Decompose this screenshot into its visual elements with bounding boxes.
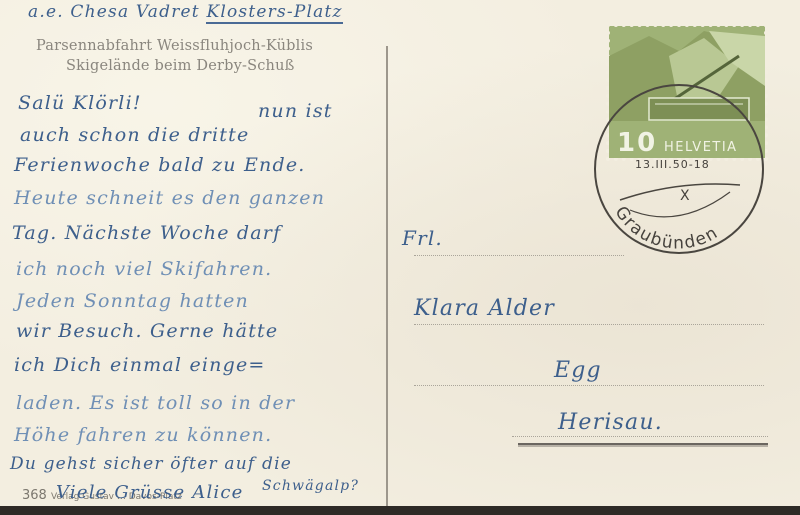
message-line: nun ist: [258, 100, 333, 122]
message-line: Salü Klörli!: [18, 92, 142, 114]
sender-location-note: a.e. Chesa Vadret Klosters-Platz: [28, 2, 343, 22]
message-line: Schwägalp?: [262, 478, 359, 494]
postmark-date: 13.III.50-18: [635, 158, 710, 171]
center-divider: [386, 46, 388, 508]
sender-address-text: a.e. Chesa Vadret: [28, 2, 200, 22]
message-line: Du gehst sicher öfter auf die: [10, 454, 292, 474]
sender-place-text: Klosters-Platz: [206, 2, 342, 24]
postmark-mark: X: [680, 188, 690, 204]
imprint-number: 368: [22, 488, 47, 503]
caption-line-2: Skigelände beim Derby-Schuß: [66, 58, 295, 74]
address-final-rule: [518, 443, 768, 445]
message-line: ich Dich einmal einge=: [14, 354, 266, 376]
recipient-locality: Egg: [554, 358, 602, 383]
message-line: auch schon die dritte: [20, 124, 249, 146]
message-line: Jeden Sonntag hatten: [16, 290, 249, 312]
address-line-4: [512, 436, 768, 437]
signature: Viele Grüsse Alice: [56, 482, 244, 503]
recipient-name: Klara Alder: [414, 296, 555, 321]
message-line: Heute schneit es den ganzen: [14, 187, 325, 209]
message-line: wir Besuch. Gerne hätte: [16, 320, 278, 342]
svg-text:Graubünden: Graubünden: [611, 203, 723, 254]
postcard: a.e. Chesa Vadret Klosters-Platz Parsenn…: [0, 0, 800, 510]
address-salutation: Frl.: [402, 226, 443, 250]
message-line: Tag. Nächste Woche darf: [12, 222, 281, 244]
caption-line-1: Parsennabfahrt Weissfluhjoch-Küblis: [36, 38, 313, 54]
message-line: Höhe fahren zu können.: [14, 424, 272, 446]
scan-edge: [0, 506, 800, 515]
address-line-2: [414, 324, 764, 325]
recipient-town: Herisau.: [558, 410, 663, 435]
address-line-3: [414, 385, 764, 386]
message-line: laden. Es ist toll so in der: [16, 392, 295, 414]
message-line: Ferienwoche bald zu Ende.: [14, 154, 306, 176]
postmark-region: Graubünden: [611, 203, 723, 254]
message-line: ich noch viel Skifahren.: [16, 258, 272, 280]
